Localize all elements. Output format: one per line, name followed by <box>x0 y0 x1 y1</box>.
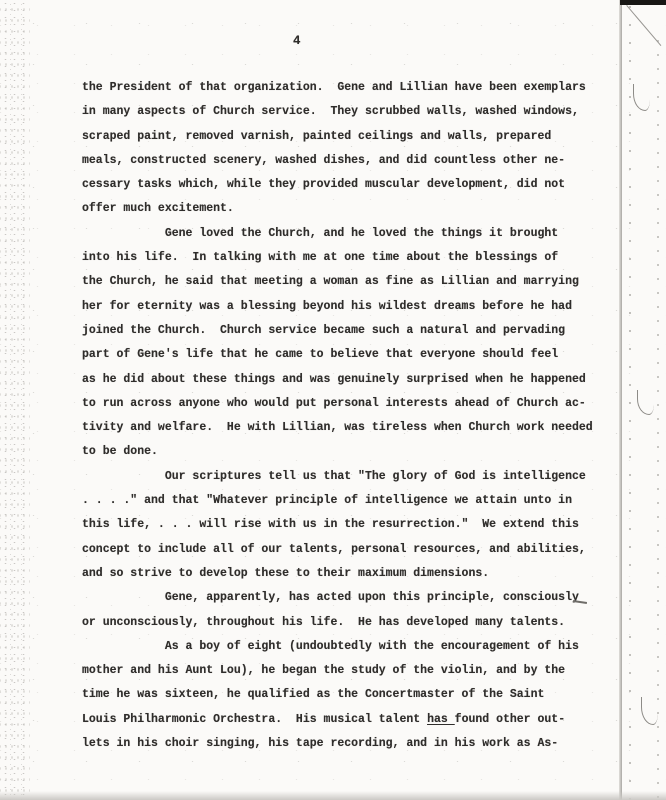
text-line: scraped paint, removed varnish, painted … <box>82 125 612 149</box>
text-line: as he did about these things and was gen… <box>82 368 612 392</box>
text-line: . . . ." and that "Whatever principle of… <box>82 489 612 513</box>
text-line: offer much excitement. <box>82 197 612 221</box>
text-line: in many aspects of Church service. They … <box>82 100 612 124</box>
text-line: time he was sixteen, he qualified as the… <box>82 683 612 707</box>
typewritten-text-block: the President of that organization. Gene… <box>82 76 612 756</box>
text-line-with-underline: Louis Philharmonic Orchestra. His musica… <box>82 708 612 732</box>
text-line: Gene loved the Church, and he loved the … <box>82 222 612 246</box>
text-line: concept to include all of our talents, p… <box>82 538 612 562</box>
text-line: lets in his choir singing, his tape reco… <box>82 732 612 756</box>
text-line: cessary tasks which, while they provided… <box>82 173 612 197</box>
text-line: part of Gene's life that he came to beli… <box>82 343 612 367</box>
text-line: mother and his Aunt Lou), he began the s… <box>82 659 612 683</box>
corner-fold-line <box>626 5 661 46</box>
text-line: the Church, he said that meeting a woman… <box>82 270 612 294</box>
text-line: Our scriptures tell us that "The glory o… <box>82 465 612 489</box>
page-edge-line <box>619 0 622 800</box>
binder-ring-mark <box>641 697 658 725</box>
underlined-word: has <box>427 713 455 726</box>
text-line: tivity and welfare. He with Lillian, was… <box>82 416 612 440</box>
text-line: or unconsciously, throughout his life. H… <box>82 611 612 635</box>
binder-ring-mark <box>633 84 650 111</box>
text-line: to be done. <box>82 440 612 464</box>
text-line: joined the Church. Church service became… <box>82 319 612 343</box>
text-line: her for eternity was a blessing beyond h… <box>82 295 612 319</box>
binder-ring-mark <box>637 390 654 415</box>
text-line: As a boy of eight (undoubtedly with the … <box>82 635 612 659</box>
text-segment: found other out- <box>455 713 565 726</box>
perforation-dots-inner <box>629 6 631 800</box>
text-line: Gene, apparently, has acted upon this pr… <box>82 586 612 610</box>
text-segment: Louis Philharmonic Orchestra. His musica… <box>82 713 427 726</box>
scan-bottom-strip <box>0 791 666 800</box>
text-line: and so strive to develop these to their … <box>82 562 612 586</box>
text-line: the President of that organization. Gene… <box>82 76 612 100</box>
document-page: 4 the President of that organization. Ge… <box>0 0 666 800</box>
text-line: meals, constructed scenery, washed dishe… <box>82 149 612 173</box>
perforation-dots-outer <box>657 40 659 800</box>
text-line: into his life. In talking with me at one… <box>82 246 612 270</box>
text-line: this life, . . . will rise with us in th… <box>82 513 612 537</box>
text-line: to run across anyone who would put perso… <box>82 392 612 416</box>
scan-noise-band <box>0 0 30 800</box>
page-number: 4 <box>293 34 301 48</box>
